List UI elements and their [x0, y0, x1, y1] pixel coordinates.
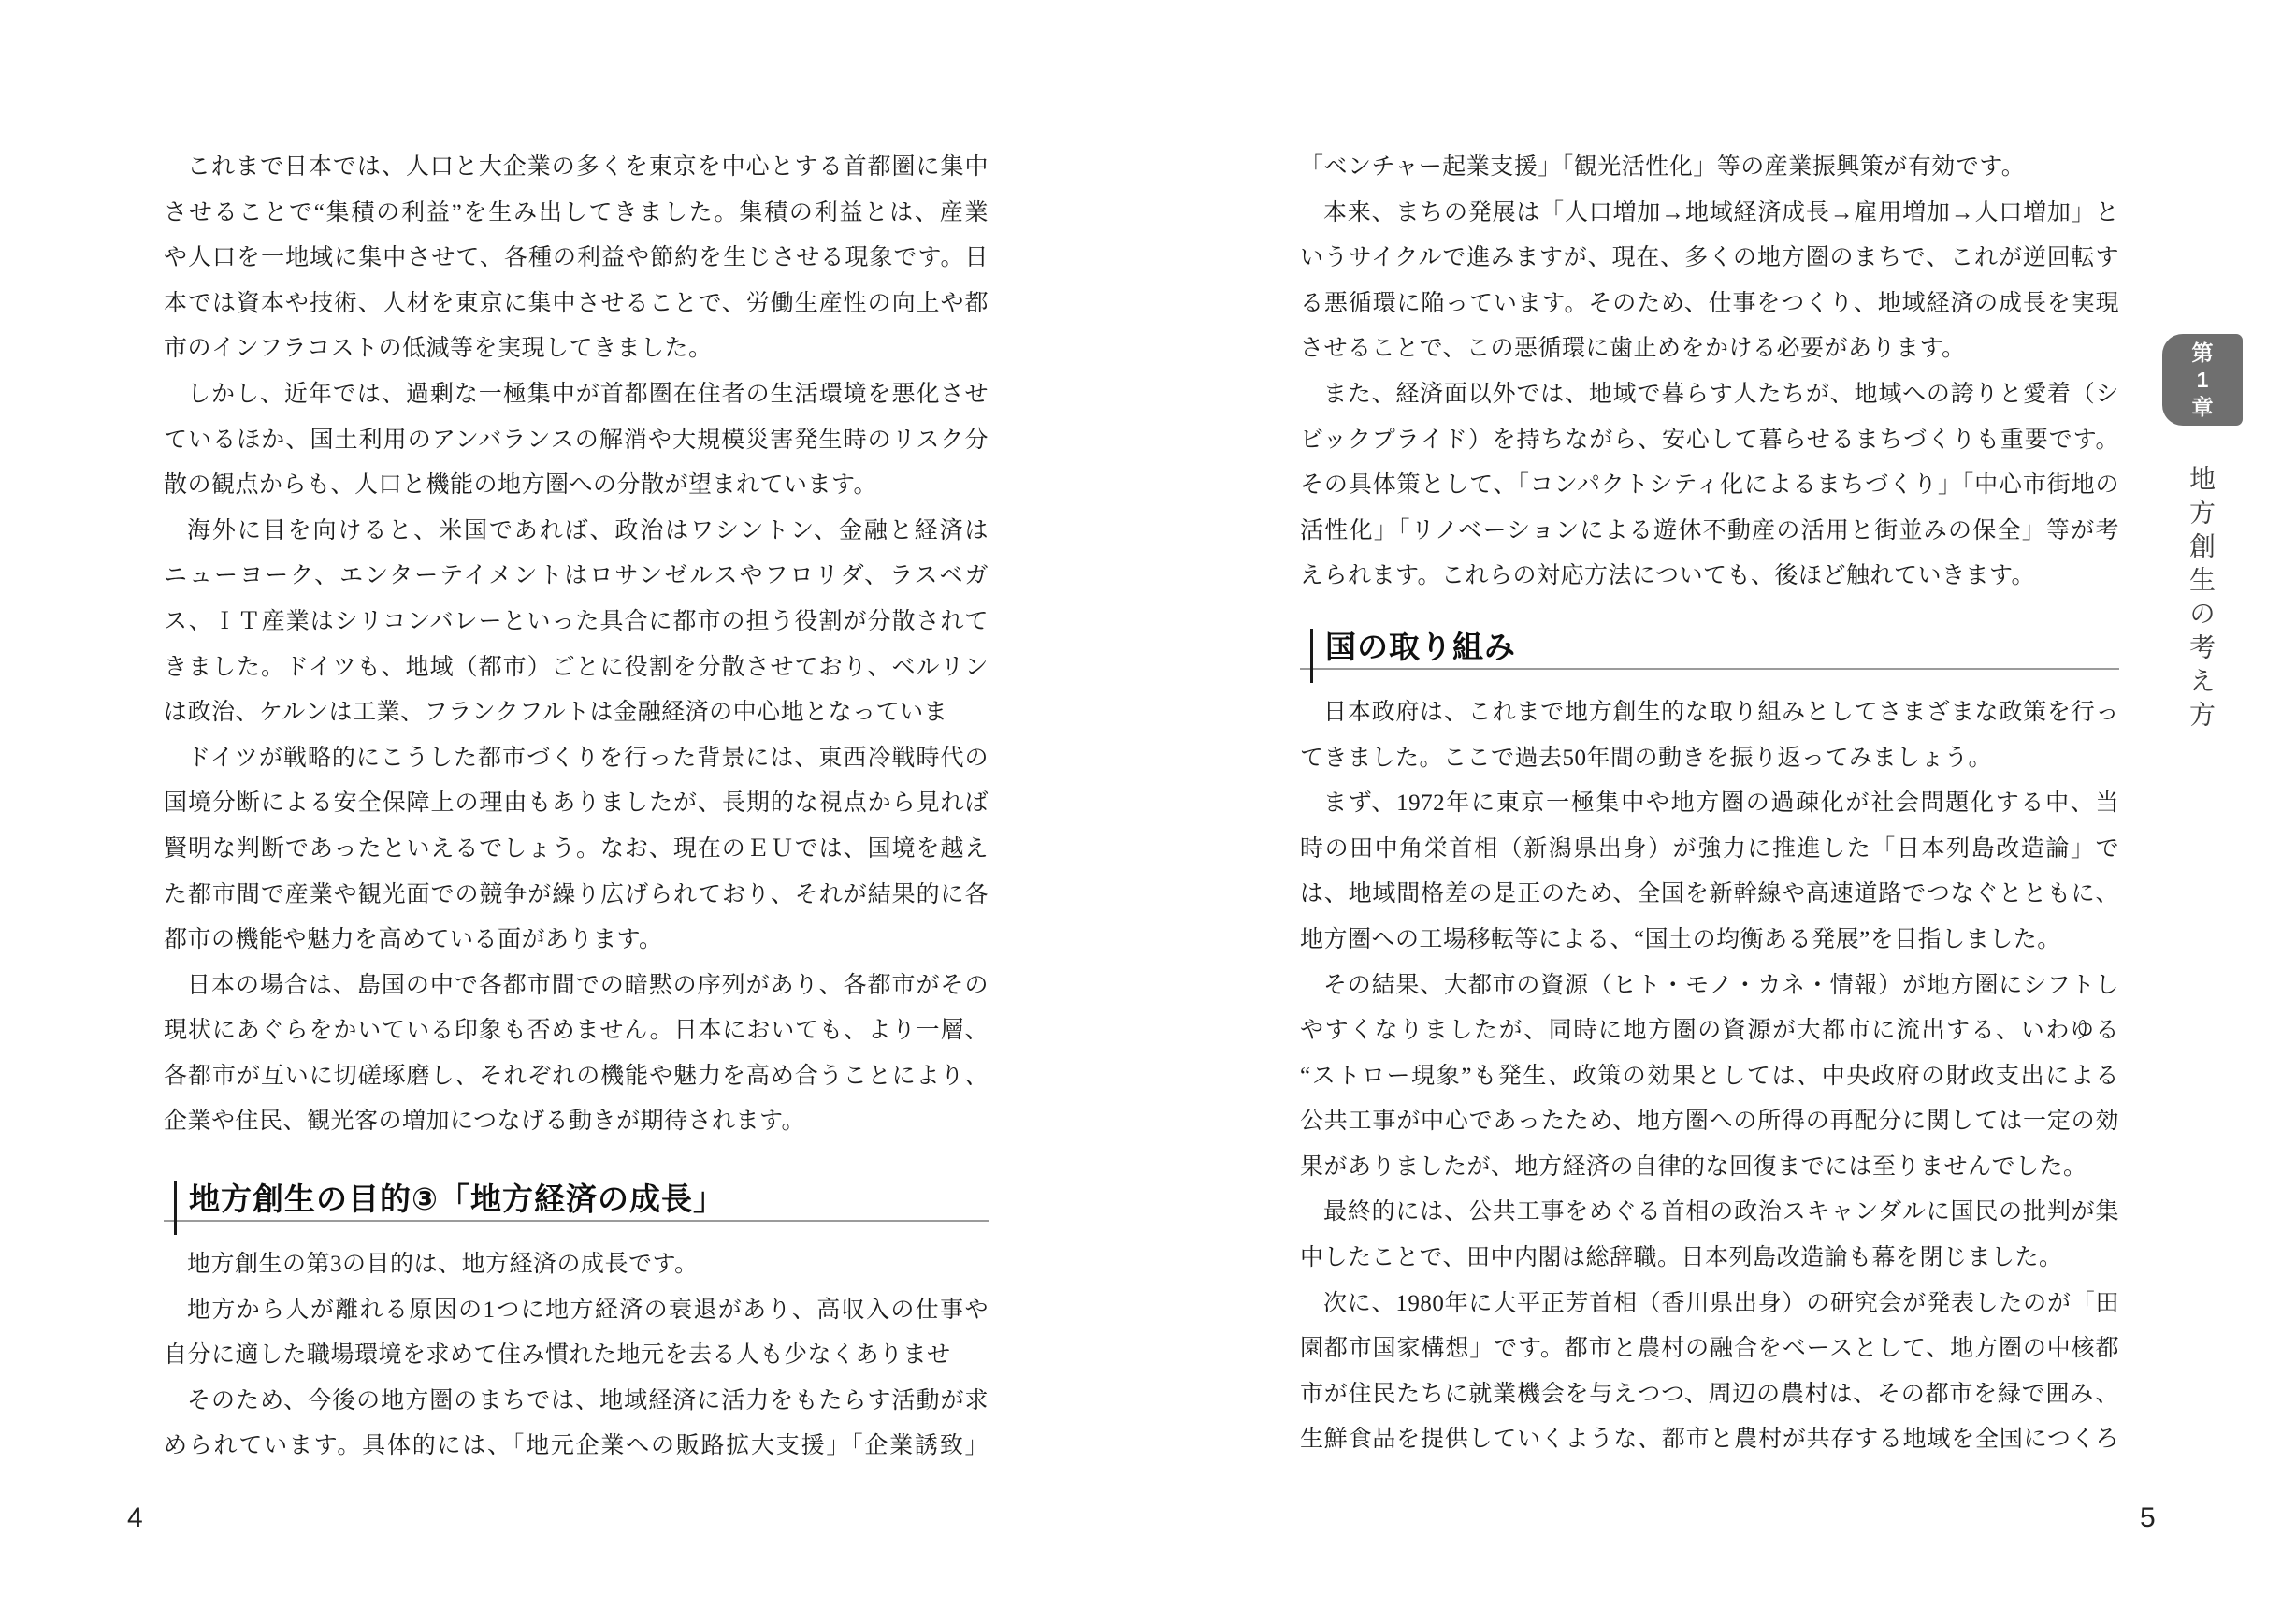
text-line: まず、1972年に東京一極集中や地方圏の過疎化が社会問題化する中、当 — [1300, 781, 2119, 827]
text-line: 中したことで、田中内閣は総辞職。日本列島改造論も幕を閉じました。 — [1300, 1236, 2119, 1282]
text-line: やすくなりましたが、同時に地方圏の資源が大都市に流出する、いわゆる — [1300, 1008, 2119, 1054]
text-line: 活性化」「リノベーションによる遊休不動産の活用と街並みの保全」等が考 — [1300, 509, 2119, 555]
text-line: た都市間で産業や観光面での競争が繰り広げられており、それが結果的に各 — [164, 873, 989, 919]
text-line: 果がありましたが、地方経済の自律的な回復までには至りませんでした。 — [1300, 1145, 2119, 1191]
text-line: いうサイクルで進みますが、現在、多くの地方圏のまちで、これが逆回転す — [1300, 236, 2119, 282]
text-line: 企業や住民、観光客の増加につなげる動きが期待されます。 — [164, 1099, 989, 1145]
text-line: 自分に適した職場環境を求めて住み慣れた地元を去る人も少なくありません。 — [164, 1333, 989, 1379]
right-page-number: 5 — [2140, 1502, 2156, 1534]
text-line: その結果、大都市の資源（ヒト・モノ・カネ・情報）が地方圏にシフトし — [1300, 964, 2119, 1009]
text-line: 現状にあぐらをかいている印象も否めません。日本においても、より一層、 — [164, 1008, 989, 1054]
text-line: 都市の機能や魅力を高めている面があります。 — [164, 918, 989, 964]
text-line: 最終的には、公共工事をめぐる首相の政治スキャンダルに国民の批判が集 — [1300, 1190, 2119, 1236]
chapter-tab: 第 1 章 — [2162, 334, 2243, 426]
text-line: ニューヨーク、エンターテイメントはロサンゼルスやフロリダ、ラスベガ — [164, 554, 989, 600]
text-line: しかし、近年では、過剰な一極集中が首都圏在住者の生活環境を悪化させ — [164, 372, 989, 418]
text-line: 公共工事が中心であったため、地方圏への所得の再配分に関しては一定の効 — [1300, 1099, 2119, 1145]
section-heading: 国の取り組み — [1300, 631, 2119, 670]
text-line: きました。ドイツも、地域（都市）ごとに役割を分散させており、ベルリン — [164, 645, 989, 691]
text-line: る悪循環に陥っています。そのため、仕事をつくり、地域経済の成長を実現 — [1300, 282, 2119, 327]
text-line: 地方創生の第3の目的は、地方経済の成長です。 — [164, 1242, 989, 1288]
chapter-title-vertical: 地方創生の考え方 — [2182, 465, 2219, 734]
chapter-tab-char: 1 — [2197, 367, 2209, 394]
text-line: させることで、この悪循環に歯止めをかける必要があります。 — [1300, 326, 2119, 372]
heading-text: 地方創生の目的③「地方経済の成長」 — [189, 1182, 725, 1216]
section-heading: 地方創生の目的③「地方経済の成長」 — [164, 1182, 989, 1222]
heading-text: 国の取り組み — [1325, 630, 1516, 664]
chapter-tab-char: 第 — [2192, 340, 2214, 367]
heading-accent-bar — [1310, 629, 1313, 683]
text-line: や人口を一地域に集中させて、各種の利益や節約を生じさせる現象です。日 — [164, 236, 989, 282]
text-line: ているほか、国土利用のアンバランスの解消や大規模災害発生時のリスク分 — [164, 418, 989, 464]
text-line: 市のインフラコストの低減等を実現してきました。 — [164, 326, 989, 372]
left-page-number: 4 — [127, 1502, 143, 1534]
text-line: 地方から人が離れる原因の1つに地方経済の衰退があり、高収入の仕事や — [164, 1288, 989, 1334]
text-line: 日本の場合は、島国の中で各都市間での暗黙の序列があり、各都市がその — [164, 964, 989, 1009]
text-line: 時の田中角栄首相（新潟県出身）が強力に推進した「日本列島改造論」で — [1300, 827, 2119, 873]
text-line: 海外に目を向けると、米国であれば、政治はワシントン、金融と経済は — [164, 509, 989, 555]
text-line: えられます。これらの対応方法についても、後ほど触れていきます。 — [1300, 554, 2119, 600]
text-line: は政治、ケルンは工業、フランクフルトは金融経済の中心地となっています。 — [164, 690, 989, 736]
chapter-tab-char: 章 — [2192, 394, 2214, 421]
text-line: 各都市が互いに切磋琢磨し、それぞれの機能や魅力を高め合うことにより、 — [164, 1054, 989, 1100]
right-page-text-column: 「ベンチャー起業支援」「観光活性化」等の産業振興策が有効です。本来、まちの発展は… — [1300, 145, 2119, 1463]
text-line: 散の観点からも、人口と機能の地方圏への分散が望まれています。 — [164, 463, 989, 509]
text-line: てきました。ここで過去50年間の動きを振り返ってみましょう。 — [1300, 736, 2119, 782]
text-line: 日本政府は、これまで地方創生的な取り組みとしてさまざまな政策を行っ — [1300, 690, 2119, 736]
text-line: ス、ＩＴ産業はシリコンバレーといった具合に都市の担う役割が分散されて — [164, 600, 989, 645]
heading-accent-bar — [174, 1181, 177, 1235]
text-line: 賢明な判断であったといえるでしょう。なお、現在のＥＵでは、国境を越え — [164, 827, 989, 873]
text-line: “ストロー現象”も発生、政策の効果としては、中央政府の財政支出による — [1300, 1054, 2119, 1100]
text-line: められています。具体的には、「地元企業への販路拡大支援」「企業誘致」 — [164, 1424, 989, 1470]
text-line: これまで日本では、人口と大企業の多くを東京を中心とする首都圏に集中 — [164, 145, 989, 191]
text-line: 生鮮食品を提供していくような、都市と農村が共存する地域を全国につくろ — [1300, 1417, 2119, 1463]
text-line: 市が住民たちに就業機会を与えつつ、周辺の農村は、その都市を緑で囲み、 — [1300, 1372, 2119, 1418]
text-line: その具体策として、「コンパクトシティ化によるまちづくり」「中心市街地の — [1300, 463, 2119, 509]
text-line: 国境分断による安全保障上の理由もありましたが、長期的な視点から見れば — [164, 781, 989, 827]
text-line: ドイツが戦略的にこうした都市づくりを行った背景には、東西冷戦時代の — [164, 736, 989, 782]
text-line: 園都市国家構想」です。都市と農村の融合をベースとして、地方圏の中核都 — [1300, 1327, 2119, 1372]
text-line: させることで“集積の利益”を生み出してきました。集積の利益とは、産業 — [164, 191, 989, 237]
book-spread: これまで日本では、人口と大企業の多くを東京を中心とする首都圏に集中させることで“… — [0, 0, 2296, 1624]
text-line: 次に、1980年に大平正芳首相（香川県出身）の研究会が発表したのが「田 — [1300, 1282, 2119, 1327]
left-page-text-column: これまで日本では、人口と大企業の多くを東京を中心とする首都圏に集中させることで“… — [164, 145, 989, 1470]
text-line: 地方圏への工場移転等による、“国土の均衡ある発展”を目指しました。 — [1300, 918, 2119, 964]
text-line: 本来、まちの発展は「人口増加→地域経済成長→雇用増加→人口増加」と — [1300, 191, 2119, 237]
text-line: ビックプライド）を持ちながら、安心して暮らせるまちづくりも重要です。 — [1300, 418, 2119, 464]
text-line: 本では資本や技術、人材を東京に集中させることで、労働生産性の向上や都 — [164, 282, 989, 327]
text-line: そのため、今後の地方圏のまちでは、地域経済に活力をもたらす活動が求 — [164, 1379, 989, 1425]
text-line: 「ベンチャー起業支援」「観光活性化」等の産業振興策が有効です。 — [1300, 145, 2119, 191]
text-line: また、経済面以外では、地域で暮らす人たちが、地域への誇りと愛着（シ — [1300, 372, 2119, 418]
text-line: は、地域間格差の是正のため、全国を新幹線や高速道路でつなぐとともに、 — [1300, 872, 2119, 918]
